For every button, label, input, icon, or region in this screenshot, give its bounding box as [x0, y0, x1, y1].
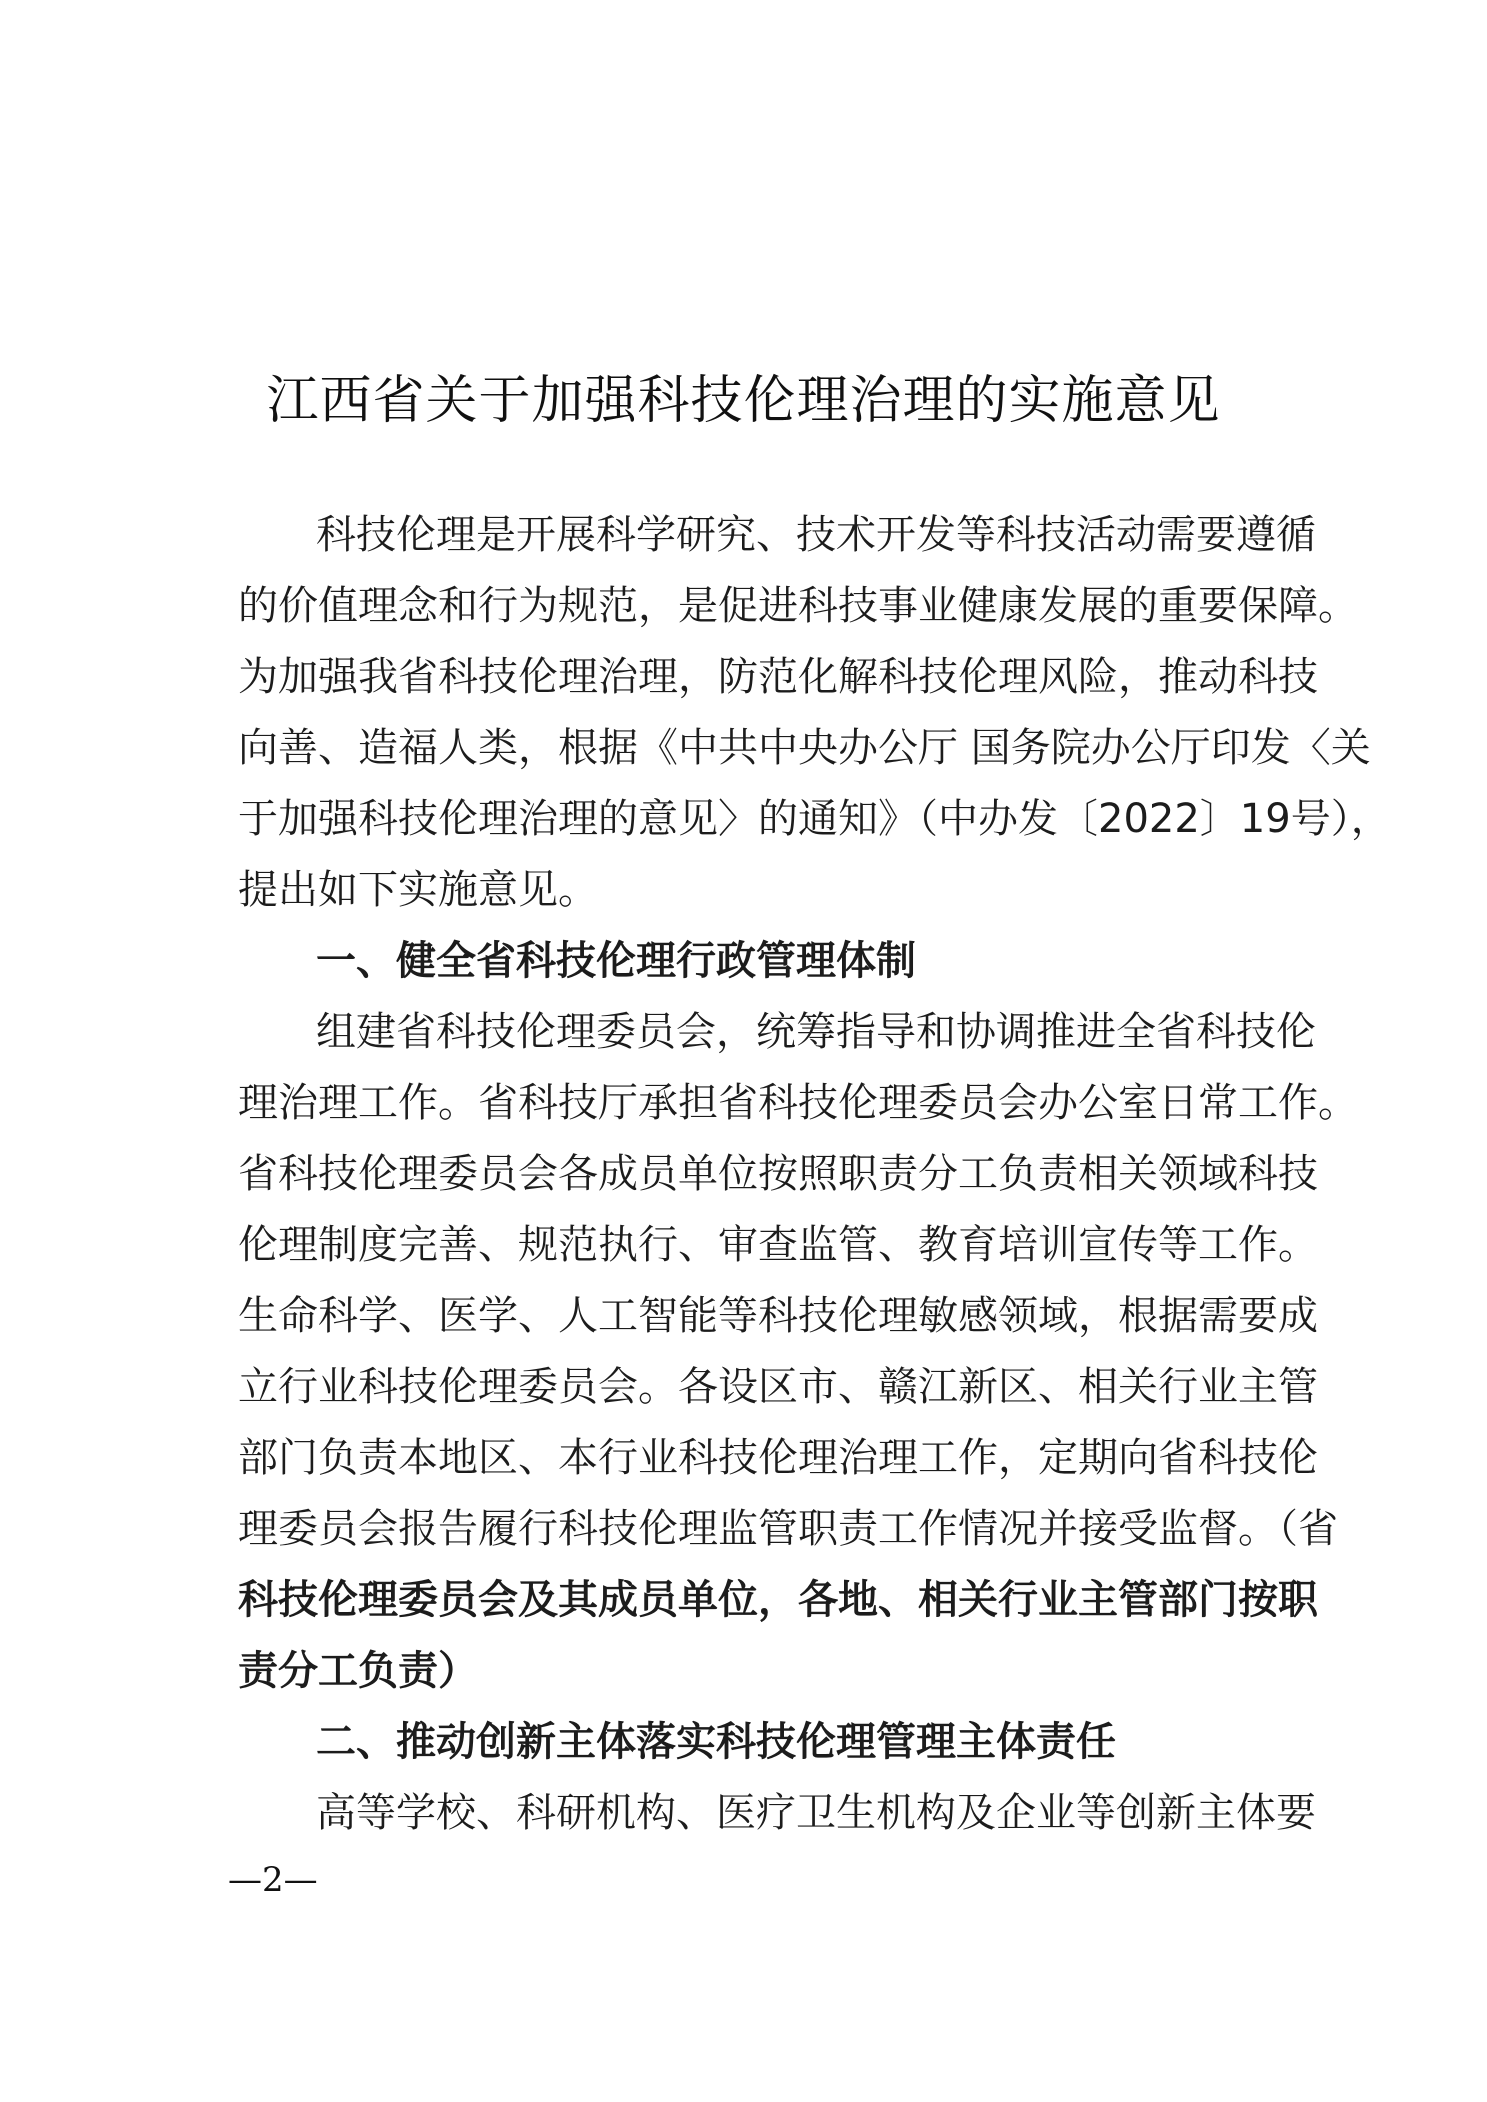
paragraph-line: 科技伦理是开展科学研究、技术开发等科技活动需要遵循	[316, 500, 1298, 570]
paragraph-line: 伦理制度完善、规范执行、审查监管、教育培训宣传等工作。	[238, 1210, 1298, 1280]
paragraph-line: 立行业科技伦理委员会。各设区市、赣江新区、相关行业主管	[238, 1352, 1298, 1422]
paragraph-line: 组建省科技伦理委员会，统筹指导和协调推进全省科技伦	[316, 997, 1298, 1067]
paragraph-line: 向善、造福人类，根据《中共中央办公厅 国务院办公厅印发〈关	[238, 713, 1298, 783]
page-number: —2—	[228, 1860, 318, 1900]
paragraph-line: 生命科学、医学、人工智能等科技伦理敏感领域，根据需要成	[238, 1281, 1298, 1351]
document-page: 江西省关于加强科技伦理治理的实施意见 科技伦理是开展科学研究、技术开发等科技活动…	[0, 0, 1487, 2102]
paragraph-line: 为加强我省科技伦理治理，防范化解科技伦理风险，推动科技	[238, 642, 1298, 712]
paragraph-line: 高等学校、科研机构、医疗卫生机构及企业等创新主体要	[316, 1778, 1298, 1848]
paragraph-line: 提出如下实施意见。	[238, 855, 1298, 925]
paragraph-line: 理治理工作。省科技厅承担省科技伦理委员会办公室日常工作。	[238, 1068, 1298, 1138]
paragraph-line: 省科技伦理委员会各成员单位按照职责分工负责相关领域科技	[238, 1139, 1298, 1209]
paragraph-line: 理委员会报告履行科技伦理监管职责工作情况并接受监督。（省	[238, 1494, 1298, 1564]
paragraph-line: 科技伦理委员会及其成员单位，各地、相关行业主管部门按职	[238, 1565, 1298, 1635]
section-heading: 一、健全省科技伦理行政管理体制	[316, 926, 1298, 996]
section-heading: 二、推动创新主体落实科技伦理管理主体责任	[316, 1707, 1298, 1777]
paragraph-line: 于加强科技伦理治理的意见〉的通知》（中办发〔2022〕19号），	[238, 784, 1298, 854]
paragraph-line: 部门负责本地区、本行业科技伦理治理工作，定期向省科技伦	[238, 1423, 1298, 1493]
paragraph-line: 责分工负责）	[238, 1636, 1298, 1706]
document-title: 江西省关于加强科技伦理治理的实施意见	[0, 358, 1487, 433]
paragraph-line: 的价值理念和行为规范，是促进科技事业健康发展的重要保障。	[238, 571, 1298, 641]
